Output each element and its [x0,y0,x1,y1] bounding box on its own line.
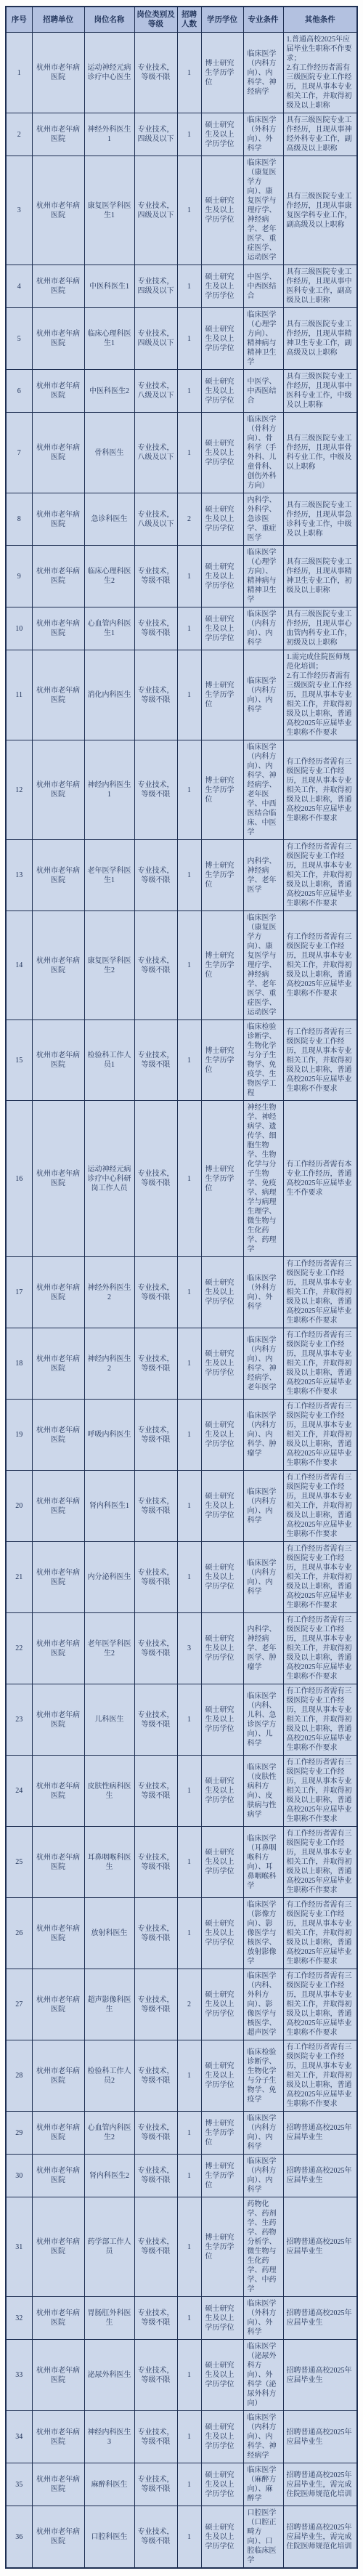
cell-count: 1 [177,1827,201,1898]
cell-major: 临床检验诊断学、生物化学与分子生物学、免疫学、生物医学工程 [243,1020,283,1101]
cell-education: 硕士研究生及以上学历学位 [201,1969,243,2040]
cell-major: 临床医学（内科方向）、内科学 [243,1542,283,1613]
cell-education: 博士研究生学历学位 [201,740,243,840]
table-row: 14杭州市老年病医院康复医学科医生2专业技术，等级不限1博士研究生学历学位临床医… [6,911,357,1020]
cell-index: 3 [6,156,32,265]
cell-unit: 杭州市老年病医院 [32,2112,84,2155]
cell-count: 1 [177,2411,201,2463]
cell-category: 专业技术，八级及以下 [134,413,177,493]
cell-position: 胃肠肛外科医生 [84,2297,134,2340]
cell-count: 1 [177,2197,201,2297]
cell-major: 临床医学（内科方向）、内科学 [243,2155,283,2197]
cell-category: 专业技术，等级不限 [134,1020,177,1101]
cell-category: 专业技术，四级及以下 [134,113,177,156]
cell-education: 硕士研究生及以上学历学位 [201,1684,243,1756]
cell-unit: 杭州市老年病医院 [32,1898,84,1969]
cell-position: 检验科工作人员1 [84,1020,134,1101]
cell-index: 24 [6,1756,32,1827]
cell-major: 临床医学（内科方向）、内科学 [243,1471,283,1542]
table-row: 9杭州市老年病医院临床心理科医生2专业技术，等级不限1硕士研究生及以上学历学位临… [6,546,357,607]
cell-category: 专业技术，等级不限 [134,2040,177,2112]
cell-unit: 杭州市老年病医院 [32,2463,84,2506]
cell-count: 1 [177,1542,201,1613]
cell-category: 专业技术，等级不限 [134,33,177,113]
cell-other: 有工作经历者需有三级医院专业工作经历，且现从事本专业相关工作，并取得初级及以上职… [283,1020,357,1101]
cell-major: 药物化学、药剂学、生药学、药物分析学、微生物与生化药学、药理学、中药学 [243,2197,283,2297]
table-row: 4杭州市老年病医院中医科医生1专业技术，四级及以下1硕士研究生及以上学历学位中医… [6,265,357,308]
table-row: 27杭州市老年病医院超声影像科医生专业技术，等级不限2硕士研究生及以上学历学位临… [6,1969,357,2040]
table-row: 25杭州市老年病医院耳鼻咽喉科医生专业技术，等级不限1硕士研究生及以上学历学位临… [6,1827,357,1898]
table-row: 18杭州市老年病医院神经内科医生2专业技术，等级不限1硕士研究生及以上学历学位临… [6,1328,357,1400]
cell-education: 硕士研究生及以上学历学位 [201,1898,243,1969]
table-row: 16杭州市老年病医院运动神经元病诊疗中心科研岗工作人员专业技术，等级不限1博士研… [6,1101,357,1257]
table-row: 26杭州市老年病医院放射科医生专业技术，等级不限1硕士研究生及以上学历学位临床医… [6,1898,357,1969]
table-row: 28杭州市老年病医院检验科工作人员2专业技术，等级不限1硕士研究生及以上学历学位… [6,2040,357,2112]
cell-unit: 杭州市老年病医院 [32,740,84,840]
cell-count: 2 [177,1969,201,2040]
cell-category: 专业技术，等级不限 [134,546,177,607]
recruitment-table: 序号招聘单位岗位名称岗位类别及等级招聘人数学历学位专业条件其他条件 1杭州市老年… [5,6,358,2569]
cell-other: 招聘普通高校2025年应届毕业生 [283,2411,357,2463]
cell-index: 5 [6,308,32,370]
cell-other: 具有三级医院专业工作经历，且现从事精神卫生专业工作，初级及以上职称 [283,546,357,607]
cell-position: 皮肤性病科医生 [84,1756,134,1827]
cell-unit: 杭州市老年病医院 [32,2340,84,2411]
cell-count: 1 [177,1756,201,1827]
cell-index: 23 [6,1684,32,1756]
cell-count: 3 [177,1613,201,1684]
cell-count: 1 [177,113,201,156]
cell-position: 老年医学科医生1 [84,840,134,911]
cell-category: 专业技术，等级不限 [134,1756,177,1827]
cell-major: 临床医学（外科方向）、外科学 [243,113,283,156]
cell-category: 专业技术，等级不限 [134,2155,177,2197]
cell-position: 耳鼻咽喉科医生 [84,1827,134,1898]
cell-education: 硕士研究生及以上学历学位 [201,370,243,413]
cell-unit: 杭州市老年病医院 [32,1542,84,1613]
cell-unit: 杭州市老年病医院 [32,1257,84,1328]
cell-category: 专业技术，等级不限 [134,2340,177,2411]
cell-education: 硕士研究生及以上学历学位 [201,546,243,607]
cell-count: 1 [177,156,201,265]
cell-count: 1 [177,2340,201,2411]
cell-category: 专业技术，等级不限 [134,1101,177,1257]
cell-other: 具有三级医院专业工作经历，且现从事中医科专业工作，副高级及以上职称 [283,265,357,308]
cell-education: 硕士研究生及以上学历学位 [201,1257,243,1328]
cell-count: 1 [177,911,201,1020]
cell-major: 内科学、外科学、急诊医学、重症医学 [243,493,283,546]
cell-index: 30 [6,2155,32,2197]
cell-position: 运动神经元病诊疗中心科研岗工作人员 [84,1101,134,1257]
cell-position: 临床心理科医生2 [84,546,134,607]
cell-unit: 杭州市老年病医院 [32,2155,84,2197]
cell-count: 1 [177,33,201,113]
table-row: 24杭州市老年病医院皮肤性病科医生专业技术，等级不限1硕士研究生及以上学历学位临… [6,1756,357,1827]
cell-major: 内科学、神经病学、老年医学 [243,840,283,911]
cell-position: 消化内科医生 [84,650,134,740]
cell-other: 有工作经历者需有三级医院专业工作经历，且现从事本专业相关工作，并取得初级及以上职… [283,1898,357,1969]
cell-index: 27 [6,1969,32,2040]
cell-position: 心血管内科医生1 [84,607,134,650]
cell-other: 有工作经历者需有三级医院专业工作经历，且现从事本专业相关工作，并取得初级及以上职… [283,740,357,840]
cell-major: 临床医学（外科方向）、外科学 [243,1257,283,1328]
cell-unit: 杭州市老年病医院 [32,265,84,308]
cell-category: 专业技术，等级不限 [134,2411,177,2463]
cell-count: 1 [177,1328,201,1400]
page: 序号招聘单位岗位名称岗位类别及等级招聘人数学历学位专业条件其他条件 1杭州市老年… [0,0,363,2576]
cell-education: 硕士研究生及以上学历学位 [201,2411,243,2463]
cell-category: 专业技术，等级不限 [134,911,177,1020]
cell-position: 肾内科医生1 [84,1471,134,1542]
cell-unit: 杭州市老年病医院 [32,2197,84,2297]
cell-index: 32 [6,2297,32,2340]
cell-count: 1 [177,1898,201,1969]
cell-education: 硕士研究生及以上学历学位 [201,493,243,546]
cell-unit: 杭州市老年病医院 [32,1471,84,1542]
cell-major: 临床医学（内科方向）、内科学、神经病学、老年医学、中西医结合临床、中医学 [243,740,283,840]
cell-position: 康复医学科医生2 [84,911,134,1020]
table-row: 19杭州市老年病医院呼吸内科医生专业技术，等级不限1硕士研究生及以上学历学位临床… [6,1400,357,1471]
cell-other: 招聘普通高校2025年应届毕业生 [283,2340,357,2411]
cell-index: 31 [6,2197,32,2297]
cell-index: 25 [6,1827,32,1898]
cell-count: 1 [177,2112,201,2155]
cell-unit: 杭州市老年病医院 [32,1400,84,1471]
cell-category: 专业技术，等级不限 [134,2197,177,2297]
table-row: 13杭州市老年病医院老年医学科医生1专业技术，等级不限1博士研究生学历学位内科学… [6,840,357,911]
cell-unit: 杭州市老年病医院 [32,650,84,740]
cell-count: 1 [177,650,201,740]
column-header-other: 其他条件 [283,7,357,33]
cell-position: 麻醉科医生 [84,2463,134,2506]
cell-position: 神经内科医生3 [84,2411,134,2463]
cell-education: 博士研究生学历学位 [201,650,243,740]
cell-education: 博士研究生学历学位 [201,2155,243,2197]
cell-category: 专业技术，等级不限 [134,740,177,840]
cell-index: 1 [6,33,32,113]
cell-position: 口腔科医生 [84,2506,134,2569]
cell-index: 11 [6,650,32,740]
cell-category: 专业技术，四级及以下 [134,156,177,265]
cell-position: 放射科医生 [84,1898,134,1969]
cell-position: 药学部工作人员 [84,2197,134,2297]
table-row: 33杭州市老年病医院泌尿外科医生专业技术，等级不限1硕士研究生及以上学历学位临床… [6,2340,357,2411]
cell-major: 临床医学（内科方向）、内科学、神经病学、老年医学 [243,1328,283,1400]
cell-category: 专业技术，等级不限 [134,1969,177,2040]
cell-category: 专业技术，等级不限 [134,2112,177,2155]
cell-education: 硕士研究生及以上学历学位 [201,265,243,308]
cell-index: 33 [6,2340,32,2411]
cell-unit: 杭州市老年病医院 [32,840,84,911]
cell-unit: 杭州市老年病医院 [32,1328,84,1400]
column-header-position: 岗位名称 [84,7,134,33]
table-row: 36杭州市老年病医院口腔科医生专业技术，等级不限1硕士研究生及以上学历学位口腔医… [6,2506,357,2569]
cell-index: 10 [6,607,32,650]
column-header-major: 专业条件 [243,7,283,33]
cell-position: 临床心理科医生1 [84,308,134,370]
cell-position: 肾内科医生2 [84,2155,134,2197]
cell-major: 临床检验诊断学、生物化学与分子生物学、免疫学 [243,2040,283,2112]
cell-index: 2 [6,113,32,156]
cell-category: 专业技术，等级不限 [134,840,177,911]
cell-unit: 杭州市老年病医院 [32,1684,84,1756]
table-row: 29杭州市老年病医院心血管内科医生2专业技术，等级不限1博士研究生学历学位临床医… [6,2112,357,2155]
cell-major: 中医学、中西医结合 [243,370,283,413]
cell-unit: 杭州市老年病医院 [32,493,84,546]
cell-other: 有工作经历者需有三级医院专业工作经历，且现从事本专业相关工作，并取得初级及以上职… [283,1328,357,1400]
cell-category: 专业技术，等级不限 [134,1898,177,1969]
cell-count: 1 [177,1684,201,1756]
cell-unit: 杭州市老年病医院 [32,2506,84,2569]
cell-other: 具有三级医院专业工作经历，且现从事中医科专业工作，中级及以上职称 [283,370,357,413]
cell-major: 临床医学（内科方向）、内科学 [243,607,283,650]
table-row: 23杭州市老年病医院儿科医生专业技术，等级不限1硕士研究生及以上学历学位临床医学… [6,1684,357,1756]
cell-other: 有工作经历者需有三级医院专业工作经历，且现从事本专业相关工作，并取得初级及以上职… [283,1257,357,1328]
cell-unit: 杭州市老年病医院 [32,1827,84,1898]
cell-unit: 杭州市老年病医院 [32,33,84,113]
cell-count: 1 [177,2155,201,2197]
cell-index: 9 [6,546,32,607]
column-header-index: 序号 [6,7,32,33]
cell-other: 具有三级医院专业工作经历，且现从事急诊科专业工作，中级及以上职称 [283,493,357,546]
cell-unit: 杭州市老年病医院 [32,370,84,413]
cell-other: 招聘普通高校2025年应届毕业生，需完成住院医师规范化培训 [283,2506,357,2569]
table-row: 1杭州市老年病医院运动神经元病诊疗中心医生专业技术，等级不限1博士研究生学历学位… [6,33,357,113]
cell-category: 专业技术，等级不限 [134,650,177,740]
cell-other: 招聘普通高校2025年应届毕业生 [283,2112,357,2155]
header-row: 序号招聘单位岗位名称岗位类别及等级招聘人数学历学位专业条件其他条件 [6,7,357,33]
cell-unit: 杭州市老年病医院 [32,2297,84,2340]
table-row: 15杭州市老年病医院检验科工作人员1专业技术，等级不限1博士研究生学历学位临床检… [6,1020,357,1101]
table-row: 32杭州市老年病医院胃肠肛外科医生专业技术，等级不限1硕士研究生及以上学历学位临… [6,2297,357,2340]
cell-major: 临床医学（内科方向）、内科学 [243,650,283,740]
cell-major: 临床医学（心理学方向）、精神病与精神卫生学 [243,546,283,607]
cell-category: 专业技术，等级不限 [134,1471,177,1542]
cell-education: 硕士研究生及以上学历学位 [201,1471,243,1542]
cell-position: 泌尿外科医生 [84,2340,134,2411]
cell-other: 有工作经历者需有三级医院专业工作经历，且现从事本专业相关工作，并取得初级及以上职… [283,1400,357,1471]
cell-count: 1 [177,1400,201,1471]
cell-other: 有工作经历者需有三级医院专业工作经历，且现从事本专业相关工作，并取得初级及以上职… [283,1542,357,1613]
cell-unit: 杭州市老年病医院 [32,308,84,370]
cell-major: 临床医学（影像方向）、影像医学与核医学、放射影像学 [243,1898,283,1969]
column-header-category: 岗位类别及等级 [134,7,177,33]
cell-position: 内分泌科医生 [84,1542,134,1613]
table-row: 17杭州市老年病医院神经外科医生2专业技术，等级不限1硕士研究生及以上学历学位临… [6,1257,357,1328]
cell-position: 急诊科医生 [84,493,134,546]
cell-category: 专业技术，四级及以下 [134,308,177,370]
cell-other: 具有三级医院专业工作经历，且现从事神经外科专业工作，副高级及以上职称 [283,113,357,156]
cell-major: 临床医学（骨科方向）、骨科学（手外科、儿童骨科、创伤外科方向） [243,413,283,493]
cell-education: 博士研究生学历学位 [201,2197,243,2297]
cell-index: 7 [6,413,32,493]
cell-position: 老年医学科医生2 [84,1613,134,1684]
cell-position: 运动神经元病诊疗中心医生 [84,33,134,113]
cell-index: 26 [6,1898,32,1969]
cell-unit: 杭州市老年病医院 [32,156,84,265]
table-row: 6杭州市老年病医院中医科医生2专业技术，八级及以下1硕士研究生及以上学历学位中医… [6,370,357,413]
cell-unit: 杭州市老年病医院 [32,1101,84,1257]
cell-count: 1 [177,1020,201,1101]
cell-position: 康复医学科医生1 [84,156,134,265]
cell-unit: 杭州市老年病医院 [32,1969,84,2040]
cell-major: 临床医学（内科、儿科、急诊医学方向）、儿科学 [243,1684,283,1756]
cell-count: 1 [177,308,201,370]
cell-position: 中医科医生2 [84,370,134,413]
cell-other: 具有三级医院专业工作经历，且现从事骨科专业工作，中级及以上职称 [283,413,357,493]
column-header-education: 学历学位 [201,7,243,33]
cell-education: 硕士研究生及以上学历学位 [201,1542,243,1613]
cell-major: 临床医学（皮肤性病科方向）、皮肤病与性病学 [243,1756,283,1827]
cell-education: 硕士研究生及以上学历学位 [201,156,243,265]
cell-education: 博士研究生学历学位 [201,2112,243,2155]
cell-major: 中医学、中西医结合 [243,265,283,308]
cell-count: 1 [177,607,201,650]
cell-education: 硕士研究生及以上学历学位 [201,1827,243,1898]
cell-position: 超声影像科医生 [84,1969,134,2040]
table-row: 8杭州市老年病医院急诊科医生专业技术，八级及以下2硕士研究生及以上学历学位内科学… [6,493,357,546]
cell-position: 儿科医生 [84,1684,134,1756]
table-row: 7杭州市老年病医院骨科医生专业技术，八级及以下1硕士研究生及以上学历学位临床医学… [6,413,357,493]
cell-index: 20 [6,1471,32,1542]
cell-major: 临床医学（内科方向）、内科学 [243,2112,283,2155]
cell-position: 检验科工作人员2 [84,2040,134,2112]
cell-category: 专业技术，等级不限 [134,2297,177,2340]
cell-education: 博士研究生学历学位 [201,911,243,1020]
cell-index: 4 [6,265,32,308]
cell-position: 呼吸内科医生 [84,1400,134,1471]
cell-category: 专业技术，等级不限 [134,1827,177,1898]
cell-category: 专业技术，四级及以下 [134,265,177,308]
cell-category: 专业技术，等级不限 [134,2506,177,2569]
cell-education: 硕士研究生及以上学历学位 [201,1613,243,1684]
cell-other: 有工作经历者需有三级医院专业工作经历，且现从事本专业相关工作，并取得初级及以上职… [283,1827,357,1898]
cell-count: 1 [177,1257,201,1328]
cell-unit: 杭州市老年病医院 [32,911,84,1020]
cell-major: 临床医学（康复医学方向）、康复医学与理疗学、神经病学、老年医学、重症医学、运动医… [243,911,283,1020]
table-row: 31杭州市老年病医院药学部工作人员专业技术，等级不限1博士研究生学历学位药物化学… [6,2197,357,2297]
cell-education: 硕士研究生及以上学历学位 [201,113,243,156]
cell-education: 硕士研究生及以上学历学位 [201,2463,243,2506]
cell-education: 博士研究生学历学位 [201,33,243,113]
cell-count: 1 [177,265,201,308]
cell-other: 招聘普通高校2025年应届毕业生 [283,2197,357,2297]
cell-index: 12 [6,740,32,840]
cell-category: 专业技术，等级不限 [134,1400,177,1471]
cell-major: 临床医学（康复医学方向）、康复医学与理疗学、神经病学、老年医学、重症医学、运动医… [243,156,283,265]
cell-category: 专业技术，等级不限 [134,2463,177,2506]
cell-count: 2 [177,493,201,546]
cell-other: 1.普通高校2025年应届毕业生职称不作要求； 2.有工作经历者需有三级医院专业… [283,33,357,113]
cell-other: 招聘普通高校2025年应届毕业生 [283,2155,357,2197]
cell-major: 临床医学（内科、外科方向）、影像医学与核医学、超声医学 [243,1969,283,2040]
cell-position: 神经内科医生2 [84,1328,134,1400]
cell-position: 神经外科医生1 [84,113,134,156]
cell-index: 18 [6,1328,32,1400]
cell-unit: 杭州市老年病医院 [32,2411,84,2463]
cell-major: 临床医学（外科方向）、外科学 [243,2297,283,2340]
cell-unit: 杭州市老年病医院 [32,1613,84,1684]
cell-education: 博士研究生学历学位 [201,1101,243,1257]
cell-index: 28 [6,2040,32,2112]
cell-count: 1 [177,840,201,911]
cell-other: 有工作经历者需有三级医院专业工作经历，且现从事本专业相关工作，并取得初级及以上职… [283,1756,357,1827]
cell-count: 1 [177,2506,201,2569]
cell-category: 专业技术，等级不限 [134,1257,177,1328]
cell-index: 29 [6,2112,32,2155]
cell-other: 具有三级医院专业工作经历，且现从事精神卫生专业工作，副高级及以上职称 [283,308,357,370]
cell-major: 临床医学（耳鼻咽喉科方向）、耳鼻咽喉科学 [243,1827,283,1898]
table-row: 20杭州市老年病医院肾内科医生1专业技术，等级不限1硕士研究生及以上学历学位临床… [6,1471,357,1542]
cell-other: 具有三级医院专业工作经历，且现从事康复医学科专业工作，副高级及以上职称 [283,156,357,265]
cell-education: 硕士研究生及以上学历学位 [201,1756,243,1827]
cell-category: 专业技术，八级及以下 [134,370,177,413]
cell-education: 硕士研究生及以上学历学位 [201,413,243,493]
cell-index: 16 [6,1101,32,1257]
cell-index: 34 [6,2411,32,2463]
cell-index: 35 [6,2463,32,2506]
cell-category: 专业技术，等级不限 [134,1542,177,1613]
cell-education: 硕士研究生及以上学历学位 [201,1328,243,1400]
cell-education: 硕士研究生及以上学历学位 [201,308,243,370]
table-row: 11杭州市老年病医院消化内科医生专业技术，等级不限1博士研究生学历学位临床医学（… [6,650,357,740]
cell-education: 硕士研究生及以上学历学位 [201,607,243,650]
table-body: 1杭州市老年病医院运动神经元病诊疗中心医生专业技术，等级不限1博士研究生学历学位… [6,33,357,2569]
cell-major: 临床医学（泌尿外科方向）、外科学（泌尿外科方向） [243,2340,283,2411]
cell-other: 有工作经历者需有三级医院专业工作经历，且现从事本专业相关工作，并取得初级及以上职… [283,911,357,1020]
table-row: 3杭州市老年病医院康复医学科医生1专业技术，四级及以下1硕士研究生及以上学历学位… [6,156,357,265]
cell-education: 博士研究生学历学位 [201,1020,243,1101]
cell-major: 临床医学（内科方向）、内科学、肿瘤学 [243,1400,283,1471]
table-row: 21杭州市老年病医院内分泌科医生专业技术，等级不限1硕士研究生及以上学历学位临床… [6,1542,357,1613]
cell-index: 22 [6,1613,32,1684]
cell-position: 骨科医生 [84,413,134,493]
cell-other: 有工作经历者需有三级医院专业工作经历，且现从事本专业相关工作，并取得初级及以上职… [283,840,357,911]
cell-major: 口腔医学（口腔正畸方向）、口腔临床医学 [243,2506,283,2569]
cell-unit: 杭州市老年病医院 [32,607,84,650]
cell-position: 心血管内科医生2 [84,2112,134,2155]
cell-index: 19 [6,1400,32,1471]
cell-index: 17 [6,1257,32,1328]
cell-position: 神经外科医生2 [84,1257,134,1328]
cell-other: 有工作经历者需有三级医院专业工作经历，且现从事本专业相关工作，并取得初级及以上职… [283,1969,357,2040]
cell-count: 1 [177,546,201,607]
cell-education: 硕士研究生及以上学历学位 [201,2297,243,2340]
cell-other: 招聘普通高校2025年应届毕业生，需完成住院医师规范化培训 [283,2463,357,2506]
cell-major: 临床医学（内科方向）、内科学、神经病学 [243,2411,283,2463]
cell-count: 1 [177,1101,201,1257]
column-header-unit: 招聘单位 [32,7,84,33]
cell-count: 1 [177,2297,201,2340]
cell-major: 神经生物学、神经病学、遗传学、细胞生物学、生物化学与分子生物学、免疫学、病理学与… [243,1101,283,1257]
cell-category: 专业技术，等级不限 [134,1328,177,1400]
cell-category: 专业技术，等级不限 [134,1684,177,1756]
cell-education: 硕士研究生及以上学历学位 [201,2506,243,2569]
cell-other: 招聘普通高校2025年应届毕业生 [283,2297,357,2340]
cell-other: 有工作经历者需有本专业工作经历，普通高校2025年应届毕业生不作要求 [283,1101,357,1257]
table-row: 22杭州市老年病医院老年医学科医生2专业技术，等级不限3硕士研究生及以上学历学位… [6,1613,357,1684]
table-row: 10杭州市老年病医院心血管内科医生1专业技术，等级不限1硕士研究生及以上学历学位… [6,607,357,650]
cell-major: 临床医学（心理学方向）、精神病与精神卫生学 [243,308,283,370]
cell-count: 1 [177,2463,201,2506]
cell-major: 临床医学（麻醉方向）、麻醉学 [243,2463,283,2506]
table-row: 2杭州市老年病医院神经外科医生1专业技术，四级及以下1硕士研究生及以上学历学位临… [6,113,357,156]
cell-index: 6 [6,370,32,413]
cell-unit: 杭州市老年病医院 [32,1020,84,1101]
cell-category: 专业技术，等级不限 [134,607,177,650]
cell-unit: 杭州市老年病医院 [32,1756,84,1827]
cell-major: 临床医学（内科方向）、内科学、神经病学 [243,33,283,113]
